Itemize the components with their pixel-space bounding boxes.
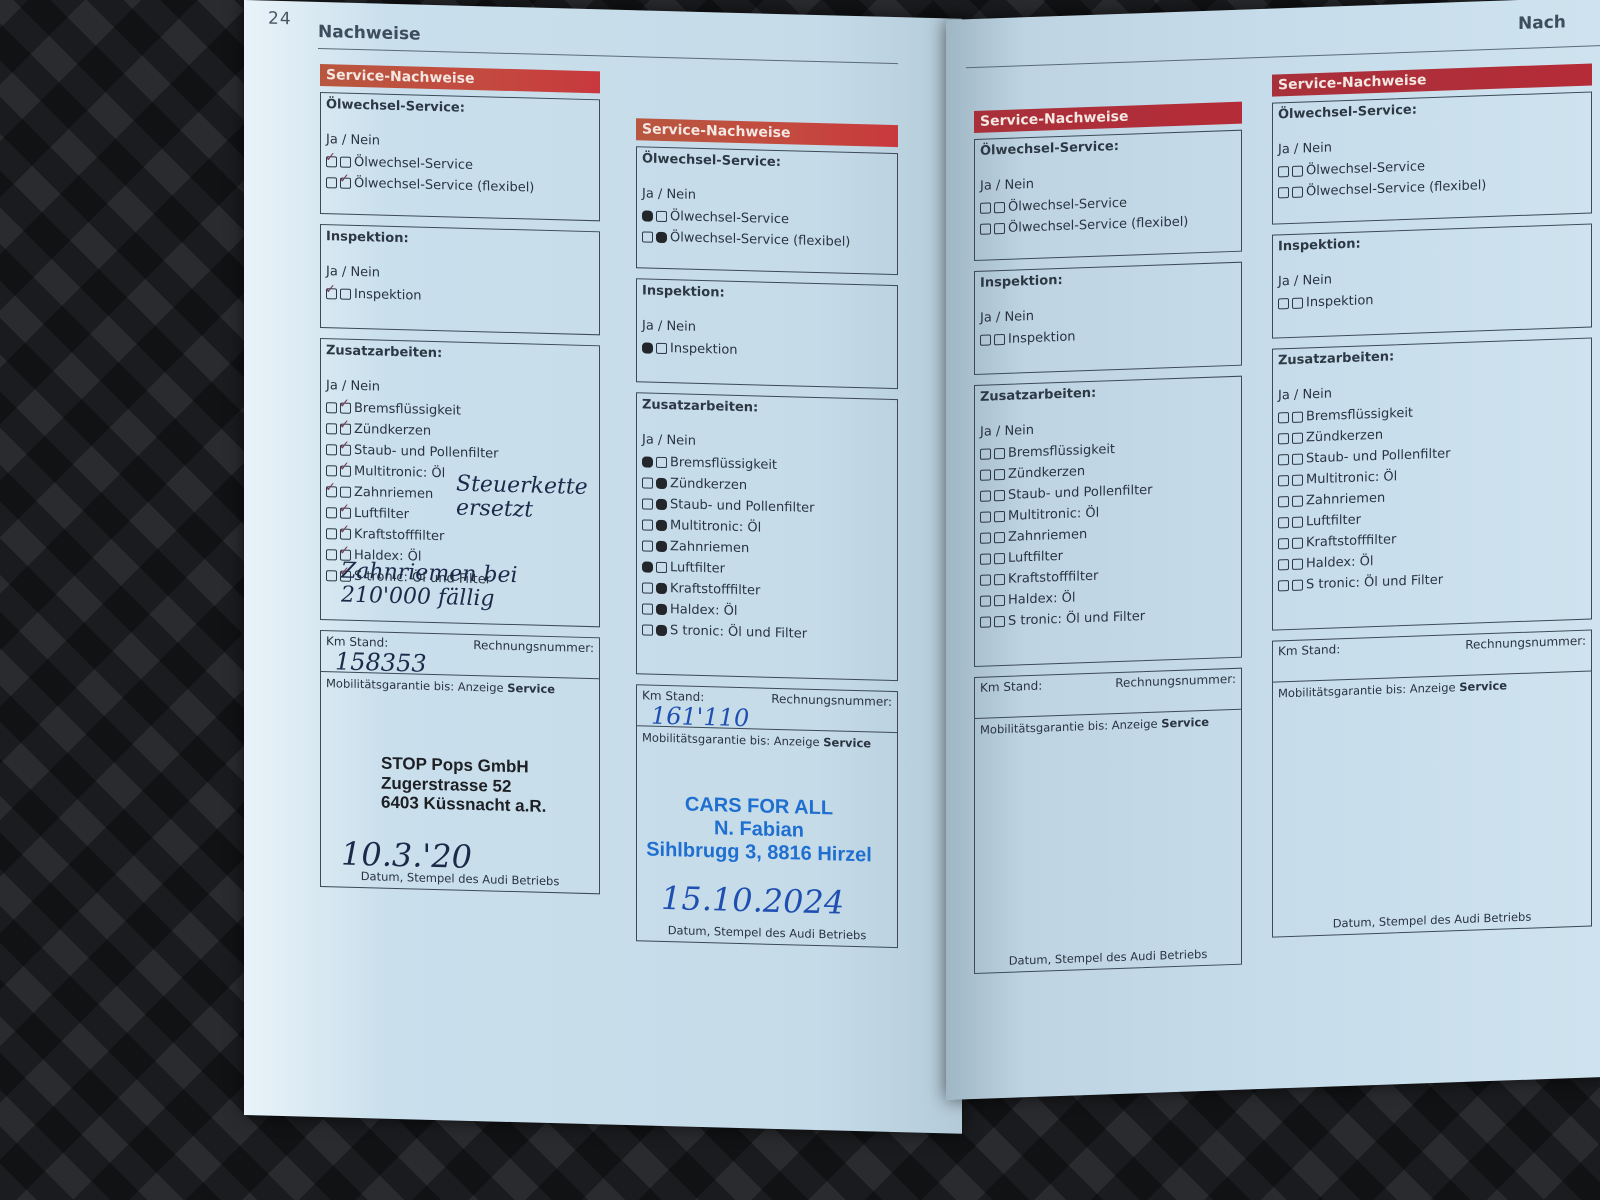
- handwritten-note-belt: Zahnriemen bei 210'000 fällig: [341, 560, 591, 615]
- nein-checkbox[interactable]: [994, 616, 1005, 627]
- inspection-box: Inspektion:Ja / NeinInspektion: [1272, 223, 1592, 338]
- stamp-area: CARS FOR ALLN. FabianSihlbrugg 3, 8816 H…: [637, 748, 897, 925]
- extra-item-label: Bremsflüssigkeit: [354, 401, 461, 419]
- ja-checkbox[interactable]: [326, 288, 337, 299]
- extra-item-label: Multitronic: Öl: [354, 464, 445, 481]
- extra-item-label: Staub- und Pollenfilter: [1306, 446, 1451, 466]
- ja-nein-label: Ja / Nein: [326, 132, 594, 154]
- ja-checkbox[interactable]: [642, 231, 653, 242]
- nein-checkbox[interactable]: [656, 478, 667, 489]
- header-rule: [318, 48, 898, 64]
- workshop-stamp: CARS FOR ALLN. FabianSihlbrugg 3, 8816 H…: [641, 792, 877, 867]
- nein-checkbox[interactable]: [1292, 166, 1303, 177]
- extra-item-label: Haldex: Öl: [670, 602, 737, 619]
- stamp-line: Sihlbrugg 3, 8816 Hirzel: [641, 838, 877, 867]
- nein-checkbox[interactable]: [656, 232, 667, 243]
- ja-checkbox[interactable]: [980, 469, 991, 480]
- nein-checkbox[interactable]: [340, 178, 351, 189]
- ja-checkbox[interactable]: [980, 448, 991, 459]
- stamp-area: STOP Pops GmbHZugerstrasse 526403 Küssna…: [321, 694, 599, 871]
- ja-checkbox[interactable]: [642, 210, 653, 221]
- ja-checkbox[interactable]: [326, 486, 337, 497]
- mobility-service-text: Service: [823, 735, 871, 750]
- oil-item-label: Ölwechsel-Service (flexibel): [1306, 178, 1486, 199]
- ja-checkbox[interactable]: [980, 616, 991, 627]
- ja-checkbox[interactable]: [326, 507, 337, 518]
- ja-checkbox[interactable]: [1278, 433, 1289, 444]
- nein-checkbox[interactable]: [656, 604, 667, 615]
- nein-checkbox[interactable]: [656, 541, 667, 552]
- inspection-item-row: Inspektion: [980, 321, 1236, 351]
- ja-checkbox[interactable]: [642, 540, 653, 551]
- nein-checkbox[interactable]: [340, 508, 351, 519]
- oil-change-title: Ölwechsel-Service:: [642, 151, 892, 173]
- ja-nein-label: Ja / Nein: [642, 432, 892, 454]
- nein-checkbox[interactable]: [994, 595, 1005, 606]
- oil-item-label: Ölwechsel-Service (flexibel): [670, 230, 850, 250]
- mileage-stamp-box: Km Stand:Rechnungsnummer:Mobilitätsgaran…: [1272, 629, 1592, 937]
- mobility-text: Mobilitätsgarantie bis: Anzeige: [642, 730, 820, 749]
- ja-checkbox[interactable]: [326, 444, 337, 455]
- extra-item-label: Haldex: Öl: [1008, 590, 1075, 607]
- nein-checkbox[interactable]: [340, 157, 351, 168]
- inspection-title: Inspektion:: [642, 283, 892, 305]
- extra-item-label: Multitronic: Öl: [670, 518, 761, 535]
- handwritten-date: 15.10.2024: [661, 879, 844, 922]
- extra-work-box: Zusatzarbeiten:Ja / NeinBremsflüssigkeit…: [1272, 337, 1592, 630]
- nein-checkbox[interactable]: [1292, 454, 1303, 465]
- extra-item-label: Multitronic: Öl: [1008, 506, 1099, 524]
- nein-checkbox[interactable]: [1292, 559, 1303, 570]
- ja-checkbox[interactable]: [326, 549, 337, 560]
- extra-item-label: Zahnriemen: [1306, 491, 1385, 509]
- nein-checkbox[interactable]: [340, 445, 351, 456]
- nein-checkbox[interactable]: [994, 532, 1005, 543]
- ja-checkbox[interactable]: [980, 202, 991, 213]
- nein-checkbox[interactable]: [994, 574, 1005, 585]
- nein-checkbox[interactable]: [994, 553, 1005, 564]
- nein-checkbox[interactable]: [994, 334, 1005, 345]
- nein-checkbox[interactable]: [1292, 298, 1303, 309]
- ja-checkbox[interactable]: [980, 574, 991, 585]
- ja-checkbox[interactable]: [1278, 517, 1289, 528]
- extra-item-label: Kraftstofffilter: [1008, 569, 1098, 587]
- oil-change-box: Ölwechsel-Service:Ja / NeinÖlwechsel-Ser…: [320, 92, 600, 221]
- section-banner: Service-Nachweise: [320, 64, 600, 93]
- oil-item-label: Ölwechsel-Service: [670, 209, 789, 227]
- invoice-number-label: Rechnungsnummer:: [473, 638, 594, 675]
- ja-checkbox[interactable]: [326, 465, 337, 476]
- mileage-stamp-box: Km Stand:Rechnungsnummer:Mobilitätsgaran…: [974, 668, 1242, 974]
- nein-checkbox[interactable]: [656, 520, 667, 531]
- oil-item-label: Ölwechsel-Service (flexibel): [1008, 215, 1188, 236]
- extra-item-label: Zündkerzen: [670, 476, 747, 493]
- ja-nein-label: Ja / Nein: [326, 264, 594, 286]
- service-record-2: Service-NachweiseÖlwechsel-Service:Ja / …: [636, 118, 898, 948]
- nein-checkbox[interactable]: [656, 583, 667, 594]
- ja-checkbox[interactable]: [980, 223, 991, 234]
- oil-item-label: Ölwechsel-Service (flexibel): [354, 176, 534, 196]
- stamp-area: [1273, 693, 1591, 914]
- page-header-right: Nach: [1518, 12, 1566, 34]
- oil-change-title: Ölwechsel-Service:: [1278, 97, 1586, 123]
- extra-item-label: Zündkerzen: [1306, 428, 1383, 446]
- inspection-item-label: Inspektion: [354, 287, 422, 304]
- oil-item-label: Ölwechsel-Service: [1008, 196, 1127, 215]
- inspection-title: Inspektion:: [326, 229, 594, 251]
- extra-item-label: Kraftstofffilter: [1306, 532, 1396, 550]
- nein-checkbox[interactable]: [1292, 433, 1303, 444]
- km-stand-label: Km Stand:: [1278, 642, 1340, 678]
- extra-item-label: Staub- und Pollenfilter: [354, 443, 499, 462]
- mobility-text: Mobilitätsgarantie bis: Anzeige: [326, 676, 504, 695]
- inspection-item-row: Inspektion: [642, 337, 892, 365]
- header-rule-right: [966, 45, 1600, 68]
- stamp-line: 6403 Küssnacht a.R.: [381, 793, 546, 817]
- nein-checkbox[interactable]: [340, 424, 351, 435]
- nein-checkbox[interactable]: [994, 202, 1005, 213]
- extra-work-title: Zusatzarbeiten:: [1278, 343, 1586, 369]
- oil-change-box: Ölwechsel-Service:Ja / NeinÖlwechsel-Ser…: [636, 146, 898, 275]
- nein-checkbox[interactable]: [994, 448, 1005, 459]
- inspection-title: Inspektion:: [1278, 229, 1586, 255]
- workshop-stamp: STOP Pops GmbHZugerstrasse 526403 Küssna…: [381, 754, 546, 817]
- extra-item-label: Kraftstofffilter: [670, 581, 760, 598]
- nein-checkbox[interactable]: [1292, 496, 1303, 507]
- nein-checkbox[interactable]: [340, 403, 351, 414]
- ja-checkbox[interactable]: [1278, 538, 1289, 549]
- oil-change-box: Ölwechsel-Service:Ja / NeinÖlwechsel-Ser…: [1272, 91, 1592, 224]
- extra-item-label: Bremsflüssigkeit: [1306, 406, 1413, 425]
- ja-checkbox[interactable]: [642, 342, 653, 353]
- km-stand-value: 158353: [335, 647, 427, 677]
- service-record-4: Service-NachweiseÖlwechsel-Service:Ja / …: [1272, 63, 1592, 937]
- nein-checkbox[interactable]: [1292, 580, 1303, 591]
- km-stand-value: 161'110: [651, 702, 749, 733]
- km-stand-label: Km Stand:: [980, 679, 1042, 715]
- ja-checkbox[interactable]: [642, 561, 653, 572]
- extra-work-title: Zusatzarbeiten:: [326, 343, 594, 365]
- mobility-text: Mobilitätsgarantie bis: Anzeige: [1278, 680, 1456, 700]
- ja-checkbox[interactable]: [642, 519, 653, 530]
- mileage-stamp-box: Km Stand:Rechnungsnummer:158353Mobilität…: [320, 630, 600, 894]
- ja-checkbox[interactable]: [980, 511, 991, 522]
- inspection-box: Inspektion:Ja / NeinInspektion: [974, 262, 1242, 375]
- nein-checkbox[interactable]: [656, 211, 667, 222]
- nein-checkbox[interactable]: [1292, 187, 1303, 198]
- ja-checkbox[interactable]: [1278, 412, 1289, 423]
- extra-item-label: Zahnriemen: [1008, 527, 1087, 545]
- ja-nein-label: Ja / Nein: [642, 186, 892, 208]
- extra-item-label: Zündkerzen: [1008, 464, 1085, 482]
- ja-checkbox[interactable]: [326, 177, 337, 188]
- mobility-service-text: Service: [1161, 715, 1209, 731]
- ja-checkbox[interactable]: [980, 595, 991, 606]
- page-header: Nachweise: [318, 22, 421, 45]
- ja-checkbox[interactable]: [326, 423, 337, 434]
- extra-item-label: Zahnriemen: [670, 539, 749, 556]
- mileage-row: Km Stand:Rechnungsnummer:158353: [321, 631, 599, 679]
- nein-checkbox[interactable]: [1292, 412, 1303, 423]
- ja-checkbox[interactable]: [326, 402, 337, 413]
- ja-checkbox[interactable]: [642, 456, 653, 467]
- ja-checkbox[interactable]: [1278, 559, 1289, 570]
- oil-item-label: Ölwechsel-Service: [354, 155, 473, 173]
- oil-change-box: Ölwechsel-Service:Ja / NeinÖlwechsel-Ser…: [974, 130, 1242, 261]
- ja-checkbox[interactable]: [326, 528, 337, 539]
- handwritten-date: 10.3.'20: [341, 835, 472, 876]
- nein-checkbox[interactable]: [1292, 538, 1303, 549]
- stamp-area: [975, 732, 1241, 951]
- section-banner: Service-Nachweise: [974, 102, 1242, 133]
- booklet-right-page: Nach Service-NachweiseÖlwechsel-Service:…: [946, 0, 1600, 1100]
- ja-checkbox[interactable]: [326, 570, 337, 581]
- nein-checkbox[interactable]: [994, 223, 1005, 234]
- extra-item-label: Kraftstofffilter: [354, 527, 444, 544]
- ja-checkbox[interactable]: [980, 334, 991, 345]
- mileage-row: Km Stand:Rechnungsnummer:161'110: [637, 685, 897, 733]
- oil-change-title: Ölwechsel-Service:: [980, 135, 1236, 159]
- ja-checkbox[interactable]: [980, 553, 991, 564]
- ja-checkbox[interactable]: [1278, 298, 1289, 309]
- nein-checkbox[interactable]: [656, 457, 667, 468]
- ja-checkbox[interactable]: [1278, 580, 1289, 591]
- extra-item-label: S tronic: Öl und Filter: [670, 623, 807, 642]
- invoice-number-label: Rechnungsnummer:: [771, 692, 892, 729]
- mileage-stamp-box: Km Stand:Rechnungsnummer:161'110Mobilitä…: [636, 684, 898, 948]
- inspection-box: Inspektion:Ja / NeinInspektion: [636, 278, 898, 389]
- extra-item-label: Staub- und Pollenfilter: [670, 497, 815, 516]
- ja-checkbox[interactable]: [642, 477, 653, 488]
- mobility-service-text: Service: [507, 681, 555, 696]
- nein-checkbox[interactable]: [994, 469, 1005, 480]
- section-banner: Service-Nachweise: [1272, 63, 1592, 96]
- nein-checkbox[interactable]: [340, 466, 351, 477]
- extra-work-title: Zusatzarbeiten:: [642, 397, 892, 419]
- oil-item-label: Ölwechsel-Service: [1306, 159, 1425, 178]
- extra-item-label: Haldex: Öl: [1306, 554, 1373, 571]
- ja-checkbox[interactable]: [1278, 496, 1289, 507]
- nein-checkbox[interactable]: [1292, 517, 1303, 528]
- extra-item-label: Bremsflüssigkeit: [670, 455, 777, 473]
- mobility-text: Mobilitätsgarantie bis: Anzeige: [980, 717, 1158, 737]
- ja-checkbox[interactable]: [1278, 475, 1289, 486]
- extra-item-label: Luftfilter: [1306, 513, 1361, 530]
- ja-nein-label: Ja / Nein: [326, 378, 594, 400]
- nein-checkbox[interactable]: [1292, 475, 1303, 486]
- inspection-item-label: Inspektion: [670, 341, 738, 358]
- booklet-left-page: 24 Nachweise Service-NachweiseÖlwechsel-…: [244, 0, 962, 1134]
- ja-checkbox[interactable]: [642, 498, 653, 509]
- extra-item-label: Zündkerzen: [354, 422, 431, 439]
- ja-checkbox[interactable]: [1278, 454, 1289, 465]
- ja-checkbox[interactable]: [1278, 166, 1289, 177]
- nein-checkbox[interactable]: [340, 487, 351, 498]
- oil-change-title: Ölwechsel-Service:: [326, 97, 594, 119]
- inspection-item-label: Inspektion: [1306, 293, 1374, 310]
- extra-work-box: Zusatzarbeiten:Ja / NeinBremsflüssigkeit…: [974, 376, 1242, 667]
- extra-item-label: Luftfilter: [670, 560, 725, 576]
- ja-checkbox[interactable]: [642, 603, 653, 614]
- extra-item-label: Luftfilter: [354, 506, 409, 522]
- ja-nein-label: Ja / Nein: [642, 318, 892, 340]
- service-record-3: Service-NachweiseÖlwechsel-Service:Ja / …: [974, 102, 1242, 974]
- extra-work-box: Zusatzarbeiten:Ja / NeinBremsflüssigkeit…: [636, 392, 898, 681]
- inspection-item-row: Inspektion: [326, 283, 594, 311]
- extra-item-label: Staub- und Pollenfilter: [1008, 483, 1153, 503]
- ja-checkbox[interactable]: [980, 490, 991, 501]
- ja-checkbox[interactable]: [642, 582, 653, 593]
- ja-checkbox[interactable]: [326, 156, 337, 167]
- inspection-title: Inspektion:: [980, 267, 1236, 291]
- ja-checkbox[interactable]: [642, 624, 653, 635]
- ja-checkbox[interactable]: [1278, 187, 1289, 198]
- nein-checkbox[interactable]: [994, 490, 1005, 501]
- service-record-1: Service-NachweiseÖlwechsel-Service:Ja / …: [320, 64, 600, 894]
- handwritten-note-chain: Steuerkette ersetzt: [456, 473, 596, 525]
- extra-item-label: Bremsflüssigkeit: [1008, 442, 1115, 461]
- extra-item-label: Multitronic: Öl: [1306, 469, 1397, 487]
- ja-checkbox[interactable]: [980, 532, 991, 543]
- page-number: 24: [268, 9, 292, 30]
- extra-item-label: S tronic: Öl und Filter: [1306, 573, 1443, 593]
- section-banner: Service-Nachweise: [636, 118, 898, 147]
- nein-checkbox[interactable]: [656, 343, 667, 354]
- inspection-box: Inspektion:Ja / NeinInspektion: [320, 224, 600, 335]
- nein-checkbox[interactable]: [656, 499, 667, 510]
- nein-checkbox[interactable]: [340, 289, 351, 300]
- extra-work-title: Zusatzarbeiten:: [980, 381, 1236, 405]
- nein-checkbox[interactable]: [340, 529, 351, 540]
- nein-checkbox[interactable]: [656, 625, 667, 636]
- extra-item-label: Zahnriemen: [354, 485, 433, 502]
- invoice-number-label: Rechnungsnummer:: [1465, 634, 1586, 672]
- extra-work-box: Zusatzarbeiten:Ja / NeinBremsflüssigkeit…: [320, 338, 600, 627]
- extra-item-label: S tronic: Öl und Filter: [1008, 609, 1145, 629]
- nein-checkbox[interactable]: [656, 562, 667, 573]
- mobility-service-text: Service: [1459, 678, 1507, 694]
- inspection-item-label: Inspektion: [1008, 329, 1076, 346]
- nein-checkbox[interactable]: [994, 511, 1005, 522]
- extra-item-label: Luftfilter: [1008, 549, 1063, 566]
- invoice-number-label: Rechnungsnummer:: [1115, 672, 1236, 710]
